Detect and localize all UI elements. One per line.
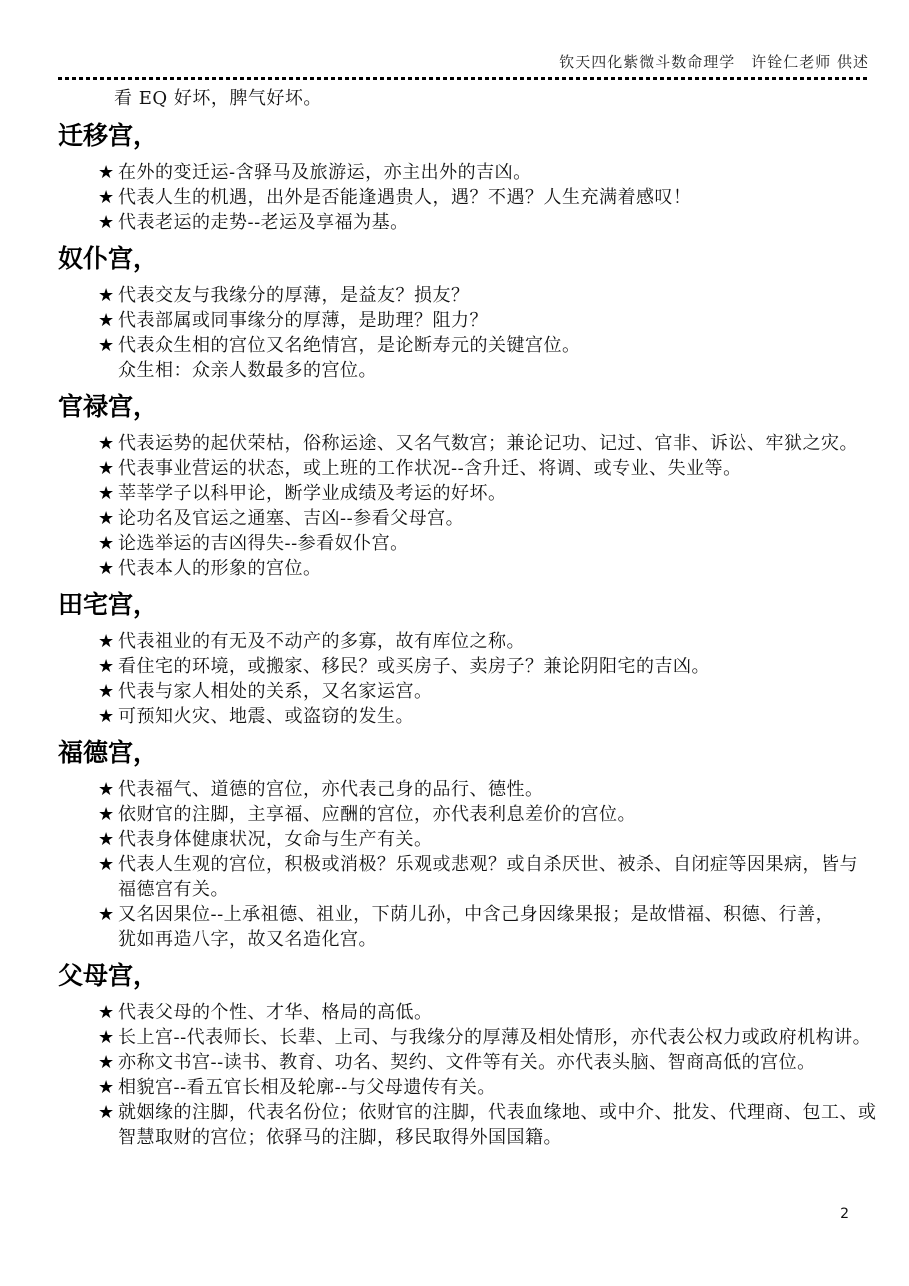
bullet-text: 智慧取财的宫位；依驿马的注脚，移民取得外国国籍。	[118, 1127, 562, 1148]
bullet-text: 依财官的注脚，主享福、应酬的宫位，亦代表利息差价的宫位。	[118, 804, 636, 825]
bullet-continuation-line: 福德宫有关。	[98, 877, 869, 902]
bullet-text: 代表人生的机遇，出外是否能逢遇贵人，遇？不遇？人生充满着感叹！	[118, 187, 692, 208]
bullet-list: ★代表福气、道德的宫位，亦代表己身的品行、德性。★依财官的注脚，主享福、应酬的宫…	[58, 777, 869, 952]
bullet-line: ★又名因果位--上承祖德、祖业，下荫儿孙，中含己身因缘果报；是故惜福、积德、行善…	[98, 902, 869, 927]
bullet-list: ★代表父母的个性、才华、格局的高低。★长上宫--代表师长、长辈、上司、与我缘分的…	[58, 1000, 869, 1150]
bullet-line: ★依财官的注脚，主享福、应酬的宫位，亦代表利息差价的宫位。	[98, 802, 869, 827]
bullet-list: ★代表祖业的有无及不动产的多寡，故有库位之称。★看住宅的环境，或搬家、移民？或买…	[58, 629, 869, 729]
bullet-item: ★代表交友与我缘分的厚薄，是益友？损友？	[98, 283, 869, 308]
bullet-item: ★亦称文书宫--读书、教育、功名、契约、文件等有关。亦代表头脑、智商高低的宫位。	[98, 1050, 869, 1075]
bullet-item: ★代表事业营运的状态，或上班的工作状况--含升迁、将调、或专业、失业等。	[98, 456, 869, 481]
intro-line: 看 EQ 好坏，脾气好坏。	[58, 86, 869, 112]
bullet-line: ★代表福气、道德的宫位，亦代表己身的品行、德性。	[98, 777, 869, 802]
section-title: 奴仆宫，	[58, 244, 869, 274]
section-title: 迁移宫，	[58, 121, 869, 151]
star-bullet-icon: ★	[98, 802, 118, 827]
star-bullet-icon: ★	[98, 481, 118, 506]
section-1: 迁移宫，★在外的变迁运-含驿马及旅游运，亦主出外的吉凶。★代表人生的机遇，出外是…	[58, 121, 869, 235]
bullet-text: 代表人生观的宫位，积极或消极？乐观或悲观？或自杀厌世、被杀、自闭症等因果病，皆与	[118, 854, 858, 875]
bullet-text: 代表众生相的宫位又名绝情宫，是论断寿元的关键宫位。	[118, 335, 581, 356]
bullet-item: ★相貌宫--看五官长相及轮廓--与父母遗传有关。	[98, 1075, 869, 1100]
section-6: 父母宫，★代表父母的个性、才华、格局的高低。★长上宫--代表师长、长辈、上司、与…	[58, 961, 869, 1150]
star-bullet-icon: ★	[98, 283, 118, 308]
bullet-line: ★代表本人的形象的宫位。	[98, 556, 869, 581]
star-bullet-icon: ★	[98, 1000, 118, 1025]
bullet-line: ★长上宫--代表师长、长辈、上司、与我缘分的厚薄及相处情形，亦代表公权力或政府机…	[98, 1025, 869, 1050]
star-bullet-icon: ★	[98, 1075, 118, 1100]
bullet-list: ★代表交友与我缘分的厚薄，是益友？损友？★代表部属或同事缘分的厚薄，是助理？阻力…	[58, 283, 869, 383]
star-bullet-icon: ★	[98, 777, 118, 802]
bullet-line: ★莘莘学子以科甲论，断学业成绩及考运的好坏。	[98, 481, 869, 506]
bullet-item: ★代表祖业的有无及不动产的多寡，故有库位之称。	[98, 629, 869, 654]
star-bullet-icon: ★	[98, 308, 118, 333]
bullet-text: 代表祖业的有无及不动产的多寡，故有库位之称。	[118, 631, 525, 652]
star-bullet-icon: ★	[98, 827, 118, 852]
bullet-text: 代表本人的形象的宫位。	[118, 558, 322, 579]
bullet-item: ★代表众生相的宫位又名绝情宫，是论断寿元的关键宫位。众生相：众亲人数最多的宫位。	[98, 333, 869, 383]
bullet-line: ★代表父母的个性、才华、格局的高低。	[98, 1000, 869, 1025]
bullet-line: ★可预知火灾、地震、或盗窃的发生。	[98, 704, 869, 729]
bullet-text: 代表事业营运的状态，或上班的工作状况--含升迁、将调、或专业、失业等。	[118, 458, 742, 479]
star-bullet-icon: ★	[98, 1050, 118, 1075]
bullet-line: ★代表祖业的有无及不动产的多寡，故有库位之称。	[98, 629, 869, 654]
section-4: 田宅宫，★代表祖业的有无及不动产的多寡，故有库位之称。★看住宅的环境，或搬家、移…	[58, 590, 869, 729]
bullet-text: 代表与家人相处的关系，又名家运宫。	[118, 681, 433, 702]
star-bullet-icon: ★	[98, 704, 118, 729]
bullet-text: 就姻缘的注脚，代表名份位；依财官的注脚，代表血缘地、或中介、批发、代理商、包工、…	[118, 1102, 877, 1123]
bullet-item: ★代表身体健康状况，女命与生产有关。	[98, 827, 869, 852]
bullet-text: 代表运势的起伏荣枯，俗称运途、又名气数宫；兼论记功、记过、官非、诉讼、牢狱之灾。	[118, 433, 858, 454]
bullet-item: ★论功名及官运之通塞、吉凶--参看父母宫。	[98, 506, 869, 531]
bullet-item: ★代表福气、道德的宫位，亦代表己身的品行、德性。	[98, 777, 869, 802]
bullet-item: ★可预知火灾、地震、或盗窃的发生。	[98, 704, 869, 729]
bullet-text: 犹如再造八字，故又名造化宫。	[118, 929, 377, 950]
bullet-text: 代表父母的个性、才华、格局的高低。	[118, 1002, 433, 1023]
bullet-line: ★论功名及官运之通塞、吉凶--参看父母宫。	[98, 506, 869, 531]
bullet-item: ★代表本人的形象的宫位。	[98, 556, 869, 581]
bullet-line: ★代表人生观的宫位，积极或消极？乐观或悲观？或自杀厌世、被杀、自闭症等因果病，皆…	[98, 852, 869, 877]
bullet-item: ★代表运势的起伏荣枯，俗称运途、又名气数宫；兼论记功、记过、官非、诉讼、牢狱之灾…	[98, 431, 869, 456]
star-bullet-icon: ★	[98, 1025, 118, 1050]
sections: 迁移宫，★在外的变迁运-含驿马及旅游运，亦主出外的吉凶。★代表人生的机遇，出外是…	[58, 121, 869, 1150]
bullet-text: 在外的变迁运-含驿马及旅游运，亦主出外的吉凶。	[118, 162, 532, 183]
star-bullet-icon: ★	[98, 1100, 118, 1125]
bullet-item: ★论选举运的吉凶得失--参看奴仆宫。	[98, 531, 869, 556]
bullet-list: ★代表运势的起伏荣枯，俗称运途、又名气数宫；兼论记功、记过、官非、诉讼、牢狱之灾…	[58, 431, 869, 581]
bullet-item: ★在外的变迁运-含驿马及旅游运，亦主出外的吉凶。	[98, 160, 869, 185]
bullet-text: 可预知火灾、地震、或盗窃的发生。	[118, 706, 414, 727]
bullet-line: ★代表老运的走势--老运及享福为基。	[98, 210, 869, 235]
bullet-line: ★代表交友与我缘分的厚薄，是益友？损友？	[98, 283, 869, 308]
bullet-text: 相貌宫--看五官长相及轮廓--与父母遗传有关。	[118, 1077, 496, 1098]
bullet-item: ★代表父母的个性、才华、格局的高低。	[98, 1000, 869, 1025]
bullet-item: ★代表部属或同事缘分的厚薄，是助理？阻力？	[98, 308, 869, 333]
bullet-line: ★看住宅的环境，或搬家、移民？或买房子、卖房子？兼论阴阳宅的吉凶。	[98, 654, 869, 679]
star-bullet-icon: ★	[98, 333, 118, 358]
bullet-item: ★长上宫--代表师长、长辈、上司、与我缘分的厚薄及相处情形，亦代表公权力或政府机…	[98, 1025, 869, 1050]
bullet-item: ★代表人生观的宫位，积极或消极？乐观或悲观？或自杀厌世、被杀、自闭症等因果病，皆…	[98, 852, 869, 902]
bullet-list: ★在外的变迁运-含驿马及旅游运，亦主出外的吉凶。★代表人生的机遇，出外是否能逢遇…	[58, 160, 869, 235]
document-page: 钦天四化紫微斗数命理学 许铨仁老师 供述 看 EQ 好坏，脾气好坏。 迁移宫，★…	[0, 0, 909, 1286]
bullet-text: 看住宅的环境，或搬家、移民？或买房子、卖房子？兼论阴阳宅的吉凶。	[118, 656, 710, 677]
section-title: 福德宫，	[58, 738, 869, 768]
bullet-line: ★代表部属或同事缘分的厚薄，是助理？阻力？	[98, 308, 869, 333]
star-bullet-icon: ★	[98, 185, 118, 210]
bullet-line: ★在外的变迁运-含驿马及旅游运，亦主出外的吉凶。	[98, 160, 869, 185]
bullet-item: ★看住宅的环境，或搬家、移民？或买房子、卖房子？兼论阴阳宅的吉凶。	[98, 654, 869, 679]
star-bullet-icon: ★	[98, 654, 118, 679]
bullet-line: ★相貌宫--看五官长相及轮廓--与父母遗传有关。	[98, 1075, 869, 1100]
bullet-continuation-line: 众生相：众亲人数最多的宫位。	[98, 358, 869, 383]
bullet-text: 亦称文书宫--读书、教育、功名、契约、文件等有关。亦代表头脑、智商高低的宫位。	[118, 1052, 816, 1073]
bullet-line: ★代表人生的机遇，出外是否能逢遇贵人，遇？不遇？人生充满着感叹！	[98, 185, 869, 210]
bullet-line: ★代表运势的起伏荣枯，俗称运途、又名气数宫；兼论记功、记过、官非、诉讼、牢狱之灾…	[98, 431, 869, 456]
bullet-text: 众生相：众亲人数最多的宫位。	[118, 360, 377, 381]
star-bullet-icon: ★	[98, 210, 118, 235]
bullet-text: 论选举运的吉凶得失--参看奴仆宫。	[118, 533, 409, 554]
bullet-text: 代表老运的走势--老运及享福为基。	[118, 212, 409, 233]
bullet-text: 代表福气、道德的宫位，亦代表己身的品行、德性。	[118, 779, 544, 800]
bullet-line: ★代表事业营运的状态，或上班的工作状况--含升迁、将调、或专业、失业等。	[98, 456, 869, 481]
star-bullet-icon: ★	[98, 629, 118, 654]
bullet-item: ★又名因果位--上承祖德、祖业，下荫儿孙，中含己身因缘果报；是故惜福、积德、行善…	[98, 902, 869, 952]
bullet-continuation-line: 犹如再造八字，故又名造化宫。	[98, 927, 869, 952]
section-title: 父母宫，	[58, 961, 869, 991]
bullet-text: 又名因果位--上承祖德、祖业，下荫儿孙，中含己身因缘果报；是故惜福、积德、行善，	[118, 904, 834, 925]
bullet-line: ★代表众生相的宫位又名绝情宫，是论断寿元的关键宫位。	[98, 333, 869, 358]
star-bullet-icon: ★	[98, 160, 118, 185]
star-bullet-icon: ★	[98, 679, 118, 704]
bullet-line: ★就姻缘的注脚，代表名份位；依财官的注脚，代表血缘地、或中介、批发、代理商、包工…	[98, 1100, 869, 1125]
bullet-item: ★代表与家人相处的关系，又名家运宫。	[98, 679, 869, 704]
bullet-item: ★代表老运的走势--老运及享福为基。	[98, 210, 869, 235]
section-title: 官禄宫，	[58, 392, 869, 422]
bullet-item: ★莘莘学子以科甲论，断学业成绩及考运的好坏。	[98, 481, 869, 506]
bullet-text: 莘莘学子以科甲论，断学业成绩及考运的好坏。	[118, 483, 507, 504]
bullet-text: 代表身体健康状况，女命与生产有关。	[118, 829, 433, 850]
section-3: 官禄宫，★代表运势的起伏荣枯，俗称运途、又名气数宫；兼论记功、记过、官非、诉讼、…	[58, 392, 869, 581]
bullet-continuation-line: 智慧取财的宫位；依驿马的注脚，移民取得外国国籍。	[98, 1125, 869, 1150]
bullet-line: ★代表身体健康状况，女命与生产有关。	[98, 827, 869, 852]
header-text: 钦天四化紫微斗数命理学 许铨仁老师 供述	[559, 52, 869, 72]
bullet-item: ★代表人生的机遇，出外是否能逢遇贵人，遇？不遇？人生充满着感叹！	[98, 185, 869, 210]
bullet-text: 长上宫--代表师长、长辈、上司、与我缘分的厚薄及相处情形，亦代表公权力或政府机构…	[118, 1027, 871, 1048]
section-title: 田宅宫，	[58, 590, 869, 620]
bullet-text: 代表交友与我缘分的厚薄，是益友？损友？	[118, 285, 470, 306]
star-bullet-icon: ★	[98, 431, 118, 456]
star-bullet-icon: ★	[98, 506, 118, 531]
dotted-divider	[58, 77, 869, 80]
section-2: 奴仆宫，★代表交友与我缘分的厚薄，是益友？损友？★代表部属或同事缘分的厚薄，是助…	[58, 244, 869, 383]
bullet-text: 代表部属或同事缘分的厚薄，是助理？阻力？	[118, 310, 488, 331]
bullet-text: 福德宫有关。	[118, 879, 229, 900]
bullet-item: ★就姻缘的注脚，代表名份位；依财官的注脚，代表血缘地、或中介、批发、代理商、包工…	[98, 1100, 869, 1150]
star-bullet-icon: ★	[98, 531, 118, 556]
star-bullet-icon: ★	[98, 456, 118, 481]
star-bullet-icon: ★	[98, 852, 118, 877]
bullet-line: ★亦称文书宫--读书、教育、功名、契约、文件等有关。亦代表头脑、智商高低的宫位。	[98, 1050, 869, 1075]
page-number: 2	[840, 1205, 849, 1223]
page-header: 钦天四化紫微斗数命理学 许铨仁老师 供述	[58, 52, 869, 72]
bullet-line: ★代表与家人相处的关系，又名家运宫。	[98, 679, 869, 704]
star-bullet-icon: ★	[98, 902, 118, 927]
star-bullet-icon: ★	[98, 556, 118, 581]
section-5: 福德宫，★代表福气、道德的宫位，亦代表己身的品行、德性。★依财官的注脚，主享福、…	[58, 738, 869, 952]
bullet-item: ★依财官的注脚，主享福、应酬的宫位，亦代表利息差价的宫位。	[98, 802, 869, 827]
bullet-line: ★论选举运的吉凶得失--参看奴仆宫。	[98, 531, 869, 556]
bullet-text: 论功名及官运之通塞、吉凶--参看父母宫。	[118, 508, 464, 529]
